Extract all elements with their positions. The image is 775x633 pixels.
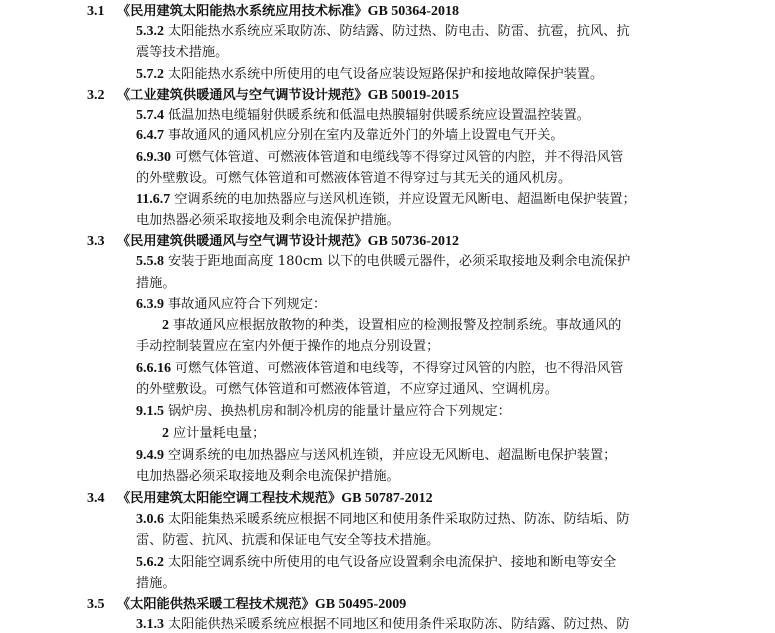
section-heading-3-4: 3.4《民用建筑太阳能空调工程技术规范》GB 50787-2012 (87, 489, 433, 509)
clause-continuation: 的外壁敷设。可燃气体管道和可燃液体管道，不应穿过通风、空调机房。 (136, 380, 558, 400)
clause-text: 低温加热电缆辐射供暖系统和低温电热膜辐射供暖系统应设置温控装置。 (168, 108, 590, 123)
sub-item-line: 2应计量耗电量； (162, 424, 265, 444)
clause-text: 电加热器必须采取接地及剩余电流保护措施。 (136, 469, 400, 484)
section-heading-3-2: 3.2《工业建筑供暖通风与空气调节设计规范》GB 50019-2015 (87, 86, 459, 106)
clause-text: 措施。 (136, 276, 176, 291)
clause-number: 6.9.30 (136, 150, 171, 165)
clause-number: 5.3.2 (136, 24, 164, 39)
clause-text: 太阳能热水系统应采取防冻、防结露、防过热、防电击、防雷、抗雹，抗风、抗 (168, 24, 630, 39)
clause-text: 手动控制装置应在室内外便于操作的地点分别设置； (136, 339, 439, 354)
clause-line: 5.7.2太阳能热水系统中所使用的电气设备应装设短路保护和接地故障保护装置。 (136, 65, 603, 85)
section-number: 3.4 (87, 489, 117, 509)
standard-code: GB 50787-2012 (341, 491, 432, 506)
clause-line: 5.7.4低温加热电缆辐射供暖系统和低温电热膜辐射供暖系统应设置温控装置。 (136, 106, 590, 126)
clause-continuation: 电加热器必须采取接地及剩余电流保护措施。 (136, 211, 400, 231)
section-title: 《民用建筑太阳能热水系统应用技术标准》 (117, 4, 368, 19)
sub-item-number: 2 (162, 318, 169, 333)
clause-line: 9.4.9空调系统的电加热器应与送风机连锁，并应设无风断电、超温断电保护装置； (136, 446, 616, 466)
clause-continuation: 手动控制装置应在室内外便于操作的地点分别设置； (136, 337, 439, 357)
clause-line: 5.6.2太阳能空调系统中所使用的电气设备应设置剩余电流保护、接地和断电等安全 (136, 553, 616, 573)
standard-code: GB 50019-2015 (368, 88, 459, 103)
clause-number: 6.4.7 (136, 128, 164, 143)
standard-code: GB 50364-2018 (368, 4, 459, 19)
section-number: 3.1 (87, 2, 117, 22)
clause-number: 11.6.7 (136, 192, 170, 207)
clause-text: 安装于距地面高度 180cm 以下的电供暖元器件，必须采取接地及剩余电流保护 (168, 254, 630, 269)
section-heading-3-3: 3.3《民用建筑供暖通风与空气调节设计规范》GB 50736-2012 (87, 232, 459, 252)
section-number: 3.3 (87, 232, 117, 252)
clause-text: 雷、防雹、抗风、抗震和保证电气安全等技术措施。 (136, 533, 439, 548)
section-number: 3.2 (87, 86, 117, 106)
clause-continuation: 震等技术措施。 (136, 43, 228, 63)
section-title: 《民用建筑供暖通风与空气调节设计规范》 (117, 234, 368, 249)
clause-text: 可燃气体管道、可燃液体管道和电缆线等不得穿过风管的内腔，并不得沿风管 (175, 150, 623, 165)
clause-number: 9.1.5 (136, 404, 164, 419)
clause-text: 锅炉房、换热机房和制冷机房的能量计量应符合下列规定： (168, 404, 511, 419)
clause-text: 事故通风应根据放散物的种类，设置相应的检测报警及控制系统。事故通风的 (173, 318, 621, 333)
clause-continuation: 电加热器必须采取接地及剩余电流保护措施。 (136, 467, 400, 487)
clause-number: 6.3.9 (136, 297, 164, 312)
clause-number: 6.6.16 (136, 361, 171, 376)
section-title: 《太阳能供热采暖工程技术规范》 (117, 597, 315, 612)
clause-continuation: 的外壁敷设。可燃气体管道和可燃液体管道不得穿过与其无关的通风机房。 (136, 169, 571, 189)
clause-continuation: 雷、防雹、抗风、抗震和保证电气安全等技术措施。 (136, 531, 439, 551)
clause-number: 3.1.3 (136, 617, 164, 632)
section-number: 3.5 (87, 595, 117, 615)
clause-text: 事故通风应符合下列规定： (168, 297, 326, 312)
sub-item-line: 2事故通风应根据放散物的种类，设置相应的检测报警及控制系统。事故通风的 (162, 316, 621, 336)
clause-text: 太阳能集热采暖系统应根据不同地区和使用条件采取防过热、防冻、防结垢、防 (168, 512, 630, 527)
section-heading-3-5: 3.5《太阳能供热采暖工程技术规范》GB 50495-2009 (87, 595, 406, 615)
clause-text: 空调系统的电加热器应与送风机连锁，并应设置无风断电、超温断电保护装置； (174, 192, 636, 207)
clause-line: 11.6.7空调系统的电加热器应与送风机连锁，并应设置无风断电、超温断电保护装置… (136, 190, 636, 210)
clause-text: 措施。 (136, 576, 176, 591)
section-heading-3-1: 3.1《民用建筑太阳能热水系统应用技术标准》GB 50364-2018 (87, 2, 459, 22)
clause-line: 6.9.30可燃气体管道、可燃液体管道和电缆线等不得穿过风管的内腔，并不得沿风管 (136, 148, 623, 168)
standard-code: GB 50736-2012 (368, 234, 459, 249)
clause-line: 6.6.16可燃气体管道、可燃液体管道和电线等，不得穿过风管的内腔，也不得沿风管 (136, 359, 623, 379)
document-page: 3.1《民用建筑太阳能热水系统应用技术标准》GB 50364-2018 5.3.… (0, 0, 775, 633)
clause-text: 事故通风的通风机应分别在室内及靠近外门的外墙上设置电气开关。 (168, 128, 564, 143)
clause-number: 5.5.8 (136, 254, 164, 269)
clause-continuation: 措施。 (136, 574, 176, 594)
clause-line: 5.5.8安装于距地面高度 180cm 以下的电供暖元器件，必须采取接地及剩余电… (136, 252, 630, 272)
clause-text: 太阳能供热采暖系统应根据不同地区和使用条件采取防冻、防结露、防过热、防 (168, 617, 630, 632)
clause-text: 电加热器必须采取接地及剩余电流保护措施。 (136, 213, 400, 228)
clause-number: 3.0.6 (136, 512, 164, 527)
clause-line: 5.3.2太阳能热水系统应采取防冻、防结露、防过热、防电击、防雷、抗雹，抗风、抗 (136, 22, 630, 42)
standard-code: GB 50495-2009 (315, 597, 406, 612)
section-title: 《工业建筑供暖通风与空气调节设计规范》 (117, 88, 368, 103)
clause-text: 空调系统的电加热器应与送风机连锁，并应设无风断电、超温断电保护装置； (168, 448, 616, 463)
clause-text: 可燃气体管道、可燃液体管道和电线等，不得穿过风管的内腔，也不得沿风管 (175, 361, 623, 376)
clause-number: 5.7.4 (136, 108, 164, 123)
clause-line: 3.0.6太阳能集热采暖系统应根据不同地区和使用条件采取防过热、防冻、防结垢、防 (136, 510, 630, 530)
clause-text: 应计量耗电量； (173, 426, 265, 441)
clause-number: 5.6.2 (136, 555, 164, 570)
section-title: 《民用建筑太阳能空调工程技术规范》 (117, 491, 341, 506)
clause-number: 9.4.9 (136, 448, 164, 463)
clause-line: 3.1.3太阳能供热采暖系统应根据不同地区和使用条件采取防冻、防结露、防过热、防 (136, 615, 630, 633)
clause-text: 太阳能空调系统中所使用的电气设备应设置剩余电流保护、接地和断电等安全 (168, 555, 616, 570)
clause-text: 的外壁敷设。可燃气体管道和可燃液体管道不得穿过与其无关的通风机房。 (136, 171, 571, 186)
clause-line: 6.3.9事故通风应符合下列规定： (136, 295, 326, 315)
clause-text: 的外壁敷设。可燃气体管道和可燃液体管道，不应穿过通风、空调机房。 (136, 382, 558, 397)
clause-line: 9.1.5锅炉房、换热机房和制冷机房的能量计量应符合下列规定： (136, 402, 511, 422)
clause-line: 6.4.7事故通风的通风机应分别在室内及靠近外门的外墙上设置电气开关。 (136, 126, 564, 146)
clause-text: 震等技术措施。 (136, 45, 228, 60)
sub-item-number: 2 (162, 426, 169, 441)
clause-number: 5.7.2 (136, 67, 164, 82)
clause-text: 太阳能热水系统中所使用的电气设备应装设短路保护和接地故障保护装置。 (168, 67, 603, 82)
clause-continuation: 措施。 (136, 274, 176, 294)
